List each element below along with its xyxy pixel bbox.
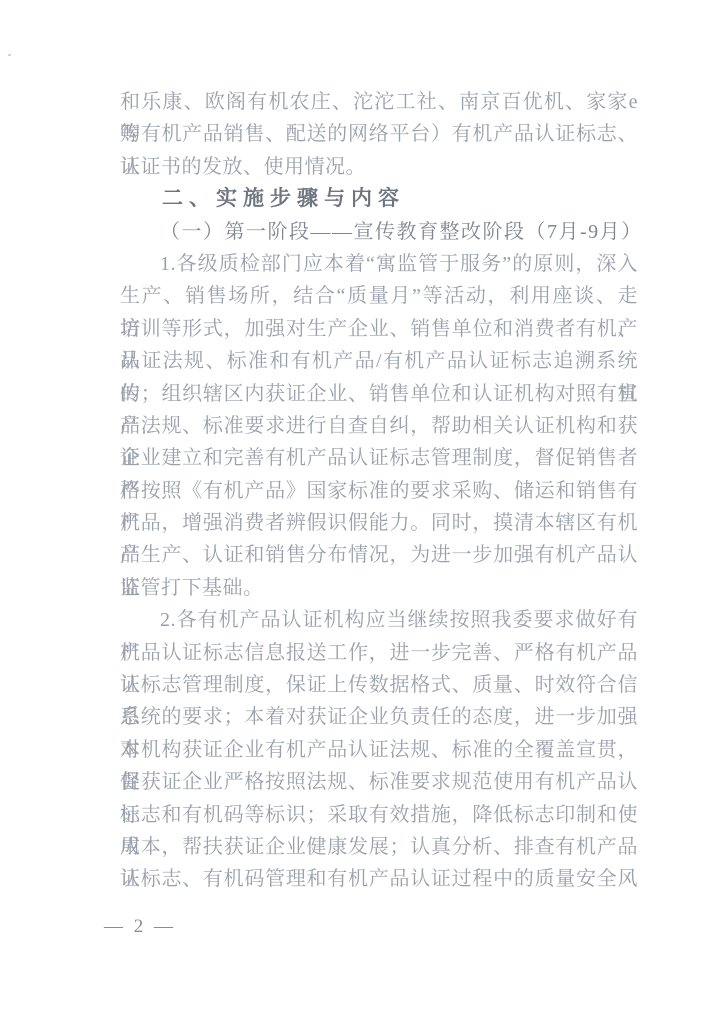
page-number: — 2 — xyxy=(104,916,176,938)
document-text-line: 品法规、标准要求进行自查自纠，帮助相关认证机构和获证 xyxy=(120,410,638,442)
paragraph-start-line: 1.各级质检部门应本着“寓监管于服务”的原则，深入 xyxy=(120,248,638,280)
subsection-heading-line: （一）第一阶段——宣传教育整改阶段（7月-9月） xyxy=(120,216,638,248)
document-text-line: 传；组织辖区内获证企业、销售单位和认证机构对照有机产 xyxy=(120,378,638,410)
document-body: 和乐康、欧阁有机农庄、沱沱工社、南京百优机、家家e购等有机产品销售、配送的网络平… xyxy=(120,86,638,896)
paragraph-start-line: 2.各有机产品认证机构应当继续按照我委要求做好有机 xyxy=(120,604,638,636)
document-text-line: 生产、销售场所，结合“质量月”等活动，利用座谈、走访、 xyxy=(120,280,638,312)
document-text-line: 等有机产品销售、配送的网络平台）有机产品认证标志、认 xyxy=(120,118,638,150)
document-text-line: 促获证企业严格按照法规、标准要求规范使用有机产品认证 xyxy=(120,766,638,798)
scan-artifact-speck xyxy=(8,54,11,56)
document-text-line: 认证法规、标准和有机产品/有机产品认证标志追溯系统的宣 xyxy=(120,345,638,377)
paragraph-end-line: 监管打下基础。 xyxy=(120,572,638,604)
document-text-line: 证标志管理制度，保证上传数据格式、质量、时效符合信息 xyxy=(120,669,638,701)
paragraph-end-line: 证证书的发放、使用情况。 xyxy=(120,151,638,183)
document-text-line: 企业建立和完善有机产品认证标志管理制度，督促销售者严 xyxy=(120,442,638,474)
document-text-line: 产品，增强消费者辨假识假能力。同时，摸清本辖区有机产 xyxy=(120,507,638,539)
document-text-line: 证标志、有机码管理和有机产品认证过程中的质量安全风 xyxy=(120,863,638,895)
document-text-line: 产品认证标志信息报送工作，进一步完善、严格有机产品认 xyxy=(120,637,638,669)
document-text-line: 成本，帮扶获证企业健康发展；认真分析、排查有机产品认 xyxy=(120,831,638,863)
document-text-line: 系统的要求；本着对获证企业负责任的态度，进一步加强对 xyxy=(120,701,638,733)
document-text-line: 培训等形式，加强对生产企业、销售单位和消费者有机产品 xyxy=(120,313,638,345)
document-text-line: 品生产、认证和销售分布情况，为进一步加强有机产品认证 xyxy=(120,539,638,571)
document-text-line: 标志和有机码等标识；采取有效措施，降低标志印制和使用 xyxy=(120,799,638,831)
scanned-document-page: 和乐康、欧阁有机农庄、沱沱工社、南京百优机、家家e购等有机产品销售、配送的网络平… xyxy=(0,0,724,1024)
document-text-line: 本机构获证企业有机产品认证法规、标准的全覆盖宣贯，督 xyxy=(120,734,638,766)
document-text-line: 格按照《有机产品》国家标准的要求采购、储运和销售有机 xyxy=(120,475,638,507)
section-heading-line: 二、实施步骤与内容 xyxy=(120,183,638,215)
document-text-line: 和乐康、欧阁有机农庄、沱沱工社、南京百优机、家家e购 xyxy=(120,86,638,118)
